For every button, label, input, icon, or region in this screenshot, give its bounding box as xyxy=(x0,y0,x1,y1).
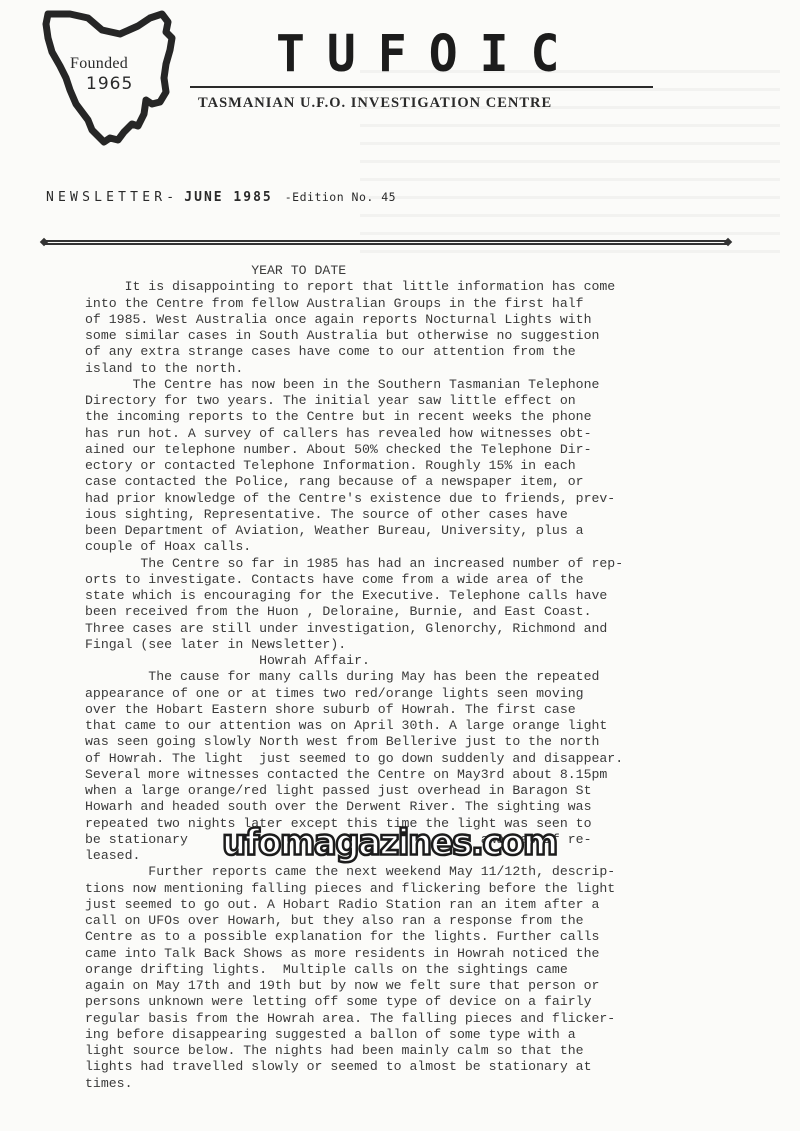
newsletter-title: NEWSLETTER- xyxy=(46,190,178,205)
masthead-subtitle: TASMANIAN U.F.O. INVESTIGATION CENTRE xyxy=(198,95,552,112)
article-line: ectory or contacted Telephone Informatio… xyxy=(85,458,775,474)
article-line: orts to investigate. Contacts have come … xyxy=(85,572,775,588)
article-line: times. xyxy=(85,1076,775,1092)
article-line: Howrah Affair. xyxy=(85,653,775,669)
article-heading: YEAR TO DATE xyxy=(85,263,775,279)
article-line: regular basis from the Howrah area. The … xyxy=(85,1011,775,1027)
article-line: of any extra strange cases have come to … xyxy=(85,344,775,360)
article-line: appearance of one or at times two red/or… xyxy=(85,686,775,702)
article-line: that came to our attention was on April … xyxy=(85,718,775,734)
article-line: just seemed to go out. A Hobart Radio St… xyxy=(85,897,775,913)
article-line: case contacted the Police, rang because … xyxy=(85,474,775,490)
article-line: when a large orange/red light passed jus… xyxy=(85,783,775,799)
masthead-title: TUFOIC xyxy=(276,29,556,79)
article-line: of 1985. West Australia once again repor… xyxy=(85,312,775,328)
article-line: The Centre so far in 1985 has had an inc… xyxy=(85,556,775,572)
article-line: orange drifting lights. Multiple calls o… xyxy=(85,962,775,978)
newsletter-issue-line: NEWSLETTER-JUNE 1985-Edition No. 45 xyxy=(46,190,396,205)
article-line: couple of Hoax calls. xyxy=(85,539,775,555)
section-divider xyxy=(44,240,728,245)
article-line: Centre as to a possible explanation for … xyxy=(85,929,775,945)
article-line: ing before disappearing suggested a ball… xyxy=(85,1027,775,1043)
article-line: ious sighting, Representative. The sourc… xyxy=(85,507,775,523)
newsletter-page: Founded 1965 TUFOIC TASMANIAN U.F.O. INV… xyxy=(0,0,800,1131)
article-line: again on May 17th and 19th but by now we… xyxy=(85,978,775,994)
article-line: has run hot. A survey of callers has rev… xyxy=(85,426,775,442)
article-line: The Centre has now been in the Southern … xyxy=(85,377,775,393)
tufoic-logo: Founded 1965 xyxy=(40,8,180,153)
article-line: was seen going slowly North west from Be… xyxy=(85,734,775,750)
article-line: been Department of Aviation, Weather Bur… xyxy=(85,523,775,539)
founded-label: Founded xyxy=(70,55,128,73)
paper-bleed-through xyxy=(360,60,780,260)
article-line: Fingal (see later in Newsletter). xyxy=(85,637,775,653)
founded-year: 1965 xyxy=(86,74,133,94)
article-body: YEAR TO DATE It is disappointing to repo… xyxy=(85,263,775,1092)
article-line: call on UFOs over Howarh, but they also … xyxy=(85,913,775,929)
article-line: state which is encouraging for the Execu… xyxy=(85,588,775,604)
masthead-divider xyxy=(190,86,653,88)
article-line: Howarh and headed south over the Derwent… xyxy=(85,799,775,815)
article-line: It is disappointing to report that littl… xyxy=(85,279,775,295)
article-line: Three cases are still under investigatio… xyxy=(85,621,775,637)
article-line: Further reports came the next weekend Ma… xyxy=(85,864,775,880)
article-line: light source below. The nights had been … xyxy=(85,1043,775,1059)
article-line: Several more witnesses contacted the Cen… xyxy=(85,767,775,783)
article-line: tions now mentioning falling pieces and … xyxy=(85,881,775,897)
article-line: ained our telephone number. About 50% ch… xyxy=(85,442,775,458)
article-line: The cause for many calls during May has … xyxy=(85,669,775,685)
article-line: of Howrah. The light just seemed to go d… xyxy=(85,751,775,767)
article-line: came into Talk Back Shows as more reside… xyxy=(85,946,775,962)
article-line: some similar cases in South Australia bu… xyxy=(85,328,775,344)
article-line: been received from the Huon , Deloraine,… xyxy=(85,604,775,620)
article-line: lights had travelled slowly or seemed to… xyxy=(85,1059,775,1075)
newsletter-date: JUNE 1985 xyxy=(184,190,272,205)
article-line: Directory for two years. The initial yea… xyxy=(85,393,775,409)
article-line: the incoming reports to the Centre but i… xyxy=(85,409,775,425)
article-line: over the Hobart Eastern shore suburb of … xyxy=(85,702,775,718)
article-line: island to the north. xyxy=(85,361,775,377)
article-line: had prior knowledge of the Centre's exis… xyxy=(85,491,775,507)
article-line: into the Centre from fellow Australian G… xyxy=(85,296,775,312)
article-line: persons unknown were letting off some ty… xyxy=(85,994,775,1010)
newsletter-edition: -Edition No. 45 xyxy=(285,190,396,204)
watermark: ufomagazines.com xyxy=(222,825,557,861)
